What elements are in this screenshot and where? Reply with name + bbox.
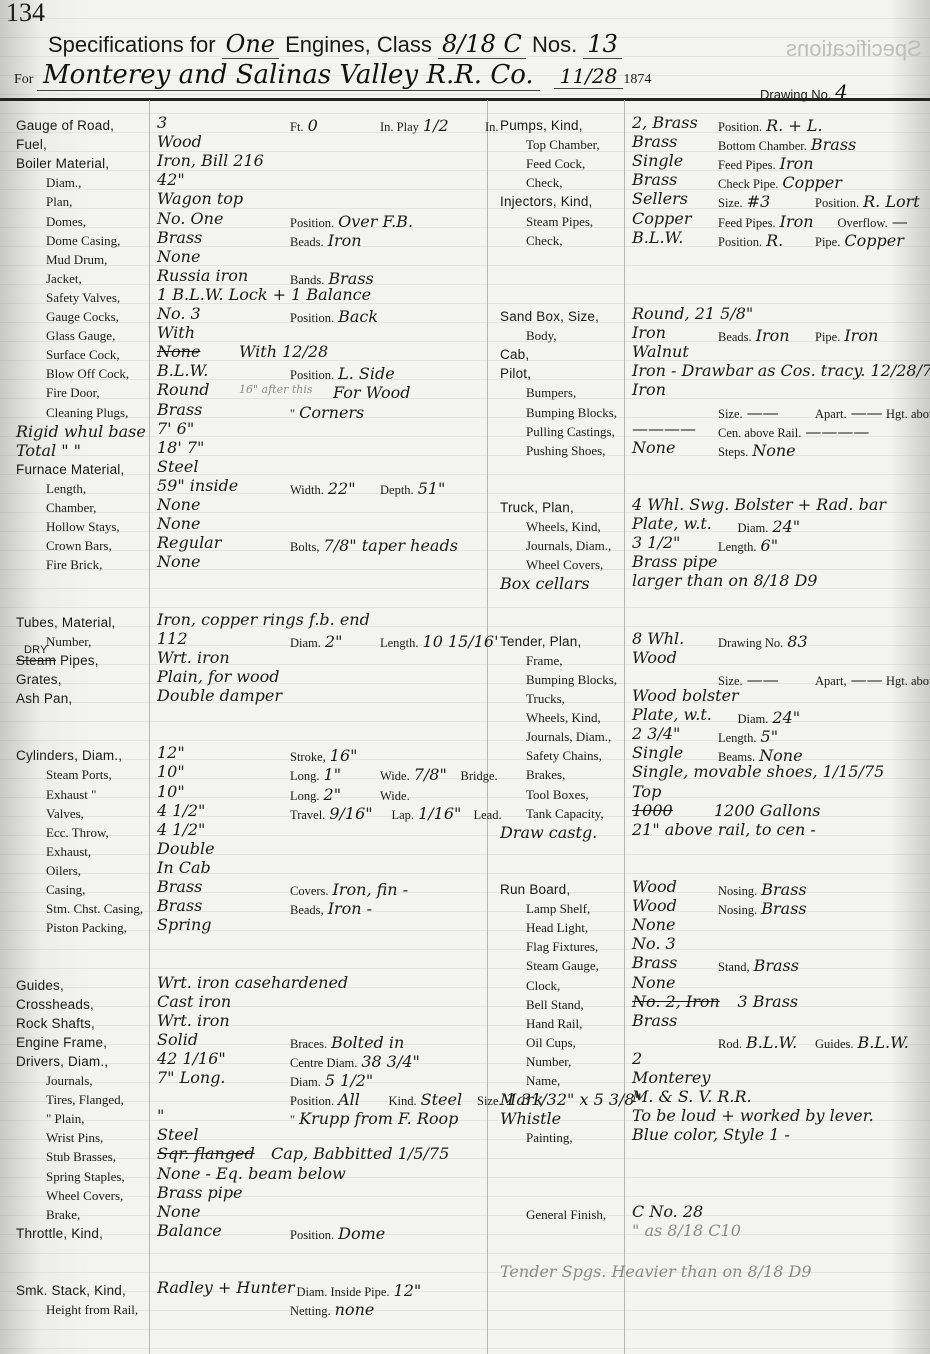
spec-label: Bell Stand, <box>526 996 584 1014</box>
sub-value: 5" <box>761 727 779 746</box>
spec-sub-diam-inside-pipe: Diam. Inside Pipe.12" <box>297 1282 422 1301</box>
sub-value: Copper <box>782 173 841 192</box>
spec-row-blank <box>0 270 930 288</box>
spec-row-journals-diam: Journals, Diam.,2 3/4"Length.5" <box>0 728 930 746</box>
spec-label: Tender Spgs. Heavier than on 8/18 D9 <box>500 1263 812 1281</box>
title-prefix: Specifications for <box>48 32 216 57</box>
spec-row-height-from-rail: Height from Rail,Netting.none <box>0 1301 930 1319</box>
spec-row-head-light: Head Light,None <box>0 919 930 937</box>
spec-sub-hgt-above-rail: Hgt. above Rail.—— <box>886 671 930 690</box>
spec-label: Frame, <box>526 652 562 670</box>
sub-label: Rod. <box>718 1037 742 1051</box>
spec-note: 1200 Gallons <box>714 802 821 820</box>
spec-label: Lamp Shelf, <box>526 900 590 918</box>
spec-note: 3 Brass <box>738 993 799 1011</box>
spec-row-tender-plan: Tender, Plan,8 Whl.Drawing No.83 <box>0 633 930 651</box>
spec-row-truck-plan: Truck, Plan,4 Whl. Swg. Bolster + Rad. b… <box>0 499 930 517</box>
spec-label: Head Light, <box>526 919 588 937</box>
spec-value: Iron - Drawbar as Cos. tracy. 12/28/74 <box>632 362 930 380</box>
spec-row-pushing-shoes: Pushing Shoes,NoneSteps.None <box>0 442 930 460</box>
spec-row-blank <box>0 595 930 613</box>
spec-sub-length: Length.5" <box>718 728 778 747</box>
sub-value: Brass <box>761 899 806 918</box>
spec-value: 3 1/2" <box>632 534 680 552</box>
sub-value: 24" <box>772 708 800 727</box>
spec-value: Brass <box>632 1012 677 1030</box>
spec-value: larger than on 8/18 D9 <box>632 572 817 590</box>
spec-value: Radley + Hunter <box>157 1279 295 1297</box>
sub-label: Guides. <box>815 1037 854 1051</box>
spec-label: Run Board, <box>500 881 570 899</box>
title-engines: Engines, Class <box>285 32 432 57</box>
sub-value: Iron <box>780 154 814 173</box>
sub-value: Iron <box>780 212 814 231</box>
spec-value: 8 Whl. <box>632 630 684 648</box>
spec-sub-size: Size.#3 <box>718 193 770 212</box>
spec-row-blank <box>0 289 930 307</box>
spec-sub-position: Position.R. <box>718 232 783 251</box>
sub-label: Steps. <box>718 445 748 459</box>
spec-label: Feed Cock, <box>526 155 585 173</box>
sub-value: —— <box>747 403 779 422</box>
sub-label: Hgt. above Rail. <box>886 674 930 688</box>
spec-label: Pumps, Kind, <box>500 117 583 135</box>
sub-value: Iron <box>756 326 790 345</box>
sub-value: 83 <box>787 632 807 651</box>
spec-row-frame: Frame,Wood <box>0 652 930 670</box>
spec-row-oil-cups: Oil Cups,Rod.B.L.W.Guides.B.L.W. <box>0 1034 930 1052</box>
spec-sub-pipe: Pipe.Copper <box>815 232 904 251</box>
sub-label: Pipe. <box>815 235 840 249</box>
spec-value: Single, movable shoes, 1/15/75 <box>632 763 884 781</box>
sub-label: Overflow. <box>838 216 888 230</box>
spec-row-painting: Painting,Blue color, Style 1 - <box>0 1129 930 1147</box>
spec-value: Wood bolster <box>632 687 739 705</box>
spec-label: Trucks, <box>526 690 565 708</box>
sheet-title: Specifications for One Engines, Class 8/… <box>48 30 622 58</box>
spec-label: Name, <box>526 1072 560 1090</box>
spec-row-sand-box-size: Sand Box, Size,Round, 21 5/8" <box>0 308 930 326</box>
spec-sub-rod: Rod.B.L.W. <box>718 1034 797 1053</box>
spec-sub-diam: Diam.24" <box>738 709 801 728</box>
spec-sub-apart: Apart.—— <box>815 404 883 423</box>
spec-row-check: Check,BrassCheck Pipe.Copper <box>0 174 930 192</box>
engine-nos: 13 <box>583 30 622 59</box>
spec-label: Wheel Covers, <box>526 556 603 574</box>
sub-value: 6" <box>761 536 779 555</box>
spec-value: Wood <box>632 649 677 667</box>
header-rule <box>0 98 930 101</box>
spec-value: Copper <box>632 210 691 228</box>
spec-sub-position: Position.R. Lort <box>815 193 920 212</box>
spec-row-wheels-kind: Wheels, Kind,Plate, w.t.Diam.24" <box>0 709 930 727</box>
spec-value: No. 2, Iron <box>632 993 720 1011</box>
sub-label: Netting. <box>290 1304 331 1318</box>
sub-label: Hgt. above Rail. <box>886 407 930 421</box>
sub-label: Cen. above Rail. <box>718 426 801 440</box>
sub-value: B.L.W. <box>746 1033 797 1052</box>
spec-sub-size: Size.—— <box>718 404 779 423</box>
sub-value: —— <box>851 670 883 689</box>
spec-row-blank <box>0 843 930 861</box>
sub-value: None <box>752 441 795 460</box>
sub-value: Iron <box>844 326 878 345</box>
spec-row-tender-spgs-heavier-than-on-8-18-d9: Tender Spgs. Heavier than on 8/18 D9 <box>0 1263 930 1281</box>
spec-row-number: Number,2 <box>0 1053 930 1071</box>
spec-value: C No. 28 <box>632 1203 703 1221</box>
spec-value: ———— <box>632 420 696 438</box>
order-date: 11/28 <box>554 64 624 89</box>
spec-row-steam-gauge: Steam Gauge,BrassStand,Brass <box>0 957 930 975</box>
spec-value: Plate, w.t. <box>632 515 712 533</box>
spec-row-blank <box>0 862 930 880</box>
spec-label: Flag Fixtures, <box>526 938 598 956</box>
spec-row-box-cellars: Box cellarslarger than on 8/18 D9 <box>0 575 930 593</box>
sub-value: —— <box>851 403 883 422</box>
sub-label: Nosing. <box>718 903 757 917</box>
spec-label: Check, <box>526 174 562 192</box>
page-number: 134 <box>6 0 45 28</box>
spec-label: Body, <box>526 327 557 345</box>
bleed-through-text: Specifications <box>786 36 922 62</box>
engine-class: 8/18 C <box>438 30 526 59</box>
spec-value: No. 3 <box>632 935 676 953</box>
spec-label: Box cellars <box>500 575 590 593</box>
spec-label: Tool Boxes, <box>526 786 589 804</box>
railroad-name: Monterey and Salinas Valley R.R. Co. <box>37 60 540 91</box>
spec-label: Hand Rail, <box>526 1015 582 1033</box>
spec-label: Clock, <box>526 977 560 995</box>
spec-row-flag-fixtures: Flag Fixtures,No. 3 <box>0 938 930 956</box>
spec-value: Brass <box>632 133 677 151</box>
spec-row-blank <box>0 1148 930 1166</box>
spec-sub-hgt-above-rail: Hgt. above Rail.— <box>886 404 930 423</box>
spec-row-run-board: Run Board,WoodNosing.Brass <box>0 881 930 899</box>
spec-row-blank <box>0 614 930 632</box>
spec-row-lamp-shelf: Lamp Shelf,WoodNosing.Brass <box>0 900 930 918</box>
spec-label: Cab, <box>500 346 529 364</box>
spec-label: Tender, Plan, <box>500 633 581 651</box>
spec-row-pulling-castings: Pulling Castings,————Cen. above Rail.———… <box>0 423 930 441</box>
spec-value: Brass <box>632 171 677 189</box>
sub-label: Drawing No. <box>718 636 783 650</box>
spec-row-blank <box>0 461 930 479</box>
spec-value: Brass <box>632 954 677 972</box>
sub-label: Length. <box>718 540 757 554</box>
spec-sub-cen-above-rail: Cen. above Rail.———— <box>718 423 869 442</box>
sub-label: Position. <box>718 235 762 249</box>
spec-row-pumps-kind: Pumps, Kind,2, BrassPosition.R. + L. <box>0 117 930 135</box>
spec-label: Journals, Diam., <box>526 537 611 555</box>
sub-label: Feed Pipes. <box>718 216 776 230</box>
spec-label: Pilot, <box>500 365 531 383</box>
sub-label: Apart. <box>815 407 847 421</box>
sub-value: 12" <box>394 1281 422 1300</box>
sub-value: —— <box>747 670 779 689</box>
sub-value: Copper <box>844 231 903 250</box>
spec-label: Wheels, Kind, <box>526 518 601 536</box>
spec-row-bumping-blocks: Bumping Blocks,Size.——Apart.——Hgt. above… <box>0 404 930 422</box>
spec-label: Safety Chains, <box>526 747 602 765</box>
sub-value: ———— <box>805 422 869 441</box>
spec-label: Pushing Shoes, <box>526 442 605 460</box>
sub-label: Diam. <box>738 712 769 726</box>
spec-row-blank <box>0 1168 930 1186</box>
sub-label: Stand, <box>718 960 750 974</box>
spec-row-bumpers: Bumpers,Iron <box>0 384 930 402</box>
spec-sub-beads: Beads.Iron <box>718 327 790 346</box>
spec-sub-feed-pipes: Feed Pipes.Iron <box>718 155 814 174</box>
order-year: 1874 <box>623 72 651 87</box>
spec-label: Check, <box>526 232 562 250</box>
spec-value: Top <box>632 783 661 801</box>
spec-sub-nosing: Nosing.Brass <box>718 900 807 919</box>
spec-row-general-finish: General Finish,C No. 28 <box>0 1206 930 1224</box>
spec-value: Sellers <box>632 190 688 208</box>
spec-value: M. & S. V. R.R. <box>632 1088 752 1106</box>
spec-row-brakes: Brakes,Single, movable shoes, 1/15/75 <box>0 766 930 784</box>
spec-sub-stand: Stand,Brass <box>718 957 799 976</box>
spec-label: Wheels, Kind, <box>526 709 601 727</box>
sub-value: Brass <box>811 135 856 154</box>
spec-row-blank <box>0 251 930 269</box>
spec-row-smk-stack-kind: Smk. Stack, Kind,Radley + HunterDiam. In… <box>0 1282 930 1300</box>
spec-value: None <box>632 439 675 457</box>
spec-value: 4 Whl. Swg. Bolster + Rad. bar <box>632 496 886 514</box>
spec-row-blank <box>0 1244 930 1262</box>
sub-label: Nosing. <box>718 884 757 898</box>
sub-value: R. <box>766 231 783 250</box>
spec-sub-feed-pipes: Feed Pipes.Iron <box>718 213 814 232</box>
spec-row-top-chamber: Top Chamber,BrassBottom Chamber.Brass <box>0 136 930 154</box>
spec-label: Bumping Blocks, <box>526 404 617 422</box>
sub-label: Bottom Chamber. <box>718 139 807 153</box>
spec-sub-nosing: Nosing.Brass <box>718 881 807 900</box>
spec-sub-length: Length.6" <box>718 537 778 556</box>
spec-label: Bumpers, <box>526 384 576 402</box>
spec-label: Oil Cups, <box>526 1034 576 1052</box>
sub-value: none <box>335 1300 375 1319</box>
spec-label: Bumping Blocks, <box>526 671 617 689</box>
sub-value: Brass <box>754 956 799 975</box>
spec-value: To be loud + worked by lever. <box>632 1107 874 1125</box>
spec-sub-bottom-chamber: Bottom Chamber.Brass <box>718 136 856 155</box>
spec-sub-netting: Netting.none <box>290 1301 374 1320</box>
sub-label: Pipe. <box>815 330 840 344</box>
sub-label: Position. <box>815 196 859 210</box>
spec-sub-overflow: Overflow.— <box>838 213 908 232</box>
spec-sub-diam: Diam.24" <box>738 518 801 537</box>
sub-label: Check Pipe. <box>718 177 778 191</box>
sub-label: Size. <box>718 407 743 421</box>
spec-row-bell-stand: Bell Stand,No. 2, Iron3 Brass <box>0 996 930 1014</box>
spec-label: Steam Pipes, <box>526 213 593 231</box>
for-label: For <box>14 72 33 87</box>
spec-row-body: Body,IronBeads.IronPipe.Iron <box>0 327 930 345</box>
spec-value: B.L.W. <box>632 229 683 247</box>
spec-row-check: Check,B.L.W.Position.R.Pipe.Copper <box>0 232 930 250</box>
spec-value: Monterey <box>632 1069 710 1087</box>
spec-sub-guides: Guides.B.L.W. <box>815 1034 909 1053</box>
sub-value: B.L.W. <box>858 1033 909 1052</box>
spec-label: Steam Gauge, <box>526 957 599 975</box>
spec-value: Iron <box>632 324 666 342</box>
spec-label: Painting, <box>526 1129 573 1147</box>
spec-label: Mark <box>500 1091 543 1109</box>
spec-label: Truck, Plan, <box>500 499 574 517</box>
spec-value: Single <box>632 152 683 170</box>
spec-sub-steps: Steps.None <box>718 442 796 461</box>
spec-value: 2 <box>632 1050 642 1068</box>
spec-value: Wood <box>632 897 677 915</box>
spec-row-injectors-kind: Injectors, Kind,SellersSize.#3Position.R… <box>0 193 930 211</box>
nos-label: Nos. <box>532 32 577 57</box>
spec-row-name: Name,Monterey <box>0 1072 930 1090</box>
spec-row-journals-diam: Journals, Diam.,3 1/2"Length.6" <box>0 537 930 555</box>
spec-row-feed-cock: Feed Cock,SingleFeed Pipes.Iron <box>0 155 930 173</box>
sub-value: #3 <box>747 192 771 211</box>
spec-row-draw-castg: Draw castg.21" above rail, to cen - <box>0 824 930 842</box>
spec-row-steam-pipes: Steam Pipes,CopperFeed Pipes.IronOverflo… <box>0 213 930 231</box>
spec-label: Tank Capacity, <box>526 805 604 823</box>
spec-label: Injectors, Kind, <box>500 193 593 211</box>
spec-value: Round, 21 5/8" <box>632 305 753 323</box>
spec-value: Plate, w.t. <box>632 706 712 724</box>
spec-label: Journals, Diam., <box>526 728 611 746</box>
spec-value: 21" above rail, to cen - <box>632 821 816 839</box>
spec-label: Height from Rail, <box>46 1301 138 1319</box>
spec-value: Brass pipe <box>632 553 718 571</box>
spec-row-blank: " as 8/18 C10 <box>0 1225 930 1243</box>
spec-label: Top Chamber, <box>526 136 600 154</box>
sub-label: Position. <box>718 120 762 134</box>
spec-sheet-page: 134 Specifications Specifications for On… <box>0 0 930 1354</box>
spec-label: Smk. Stack, Kind, <box>16 1282 126 1300</box>
spec-value: Wood <box>632 878 677 896</box>
spec-value: Blue color, Style 1 - <box>632 1126 790 1144</box>
spec-sub-position: Position.R. + L. <box>718 117 823 136</box>
sub-label: Diam. Inside Pipe. <box>297 1285 390 1299</box>
spec-label: Number, <box>526 1053 571 1071</box>
spec-sub-check-pipe: Check Pipe.Copper <box>718 174 842 193</box>
spec-value: Single <box>632 744 683 762</box>
sub-label: Size. <box>718 196 743 210</box>
spec-label: Whistle <box>500 1110 561 1128</box>
sub-label: Length. <box>718 731 757 745</box>
spec-value: None <box>632 916 675 934</box>
for-line: For Monterey and Salinas Valley R.R. Co.… <box>14 60 651 90</box>
spec-sub-apart: Apart,—— <box>815 671 883 690</box>
engines-count: One <box>222 30 279 59</box>
sub-value: 24" <box>772 517 800 536</box>
spec-row-hand-rail: Hand Rail,Brass <box>0 1015 930 1033</box>
spec-row-bumping-blocks: Bumping Blocks,Size.——Apart,——Hgt. above… <box>0 671 930 689</box>
spec-value: None <box>632 974 675 992</box>
spec-value: 1000 <box>632 802 673 820</box>
spec-row-pilot: Pilot,Iron - Drawbar as Cos. tracy. 12/2… <box>0 365 930 383</box>
sub-label: Apart, <box>815 674 847 688</box>
spec-value: 2 3/4" <box>632 725 680 743</box>
sub-value: Brass <box>761 880 806 899</box>
spec-sub-pipe: Pipe.Iron <box>815 327 878 346</box>
spec-row-blank <box>0 1187 930 1205</box>
spec-row-trucks: Trucks,Wood bolster <box>0 690 930 708</box>
spec-value: Walnut <box>632 343 689 361</box>
sub-value: R. Lort <box>863 192 920 211</box>
spec-label: Pulling Castings, <box>526 423 615 441</box>
spec-label: Draw castg. <box>500 824 597 842</box>
spec-value: 2, Brass <box>632 114 698 132</box>
spec-label: General Finish, <box>526 1206 606 1224</box>
sub-value: R. + L. <box>766 116 822 135</box>
sub-label: Feed Pipes. <box>718 158 776 172</box>
spec-label: Sand Box, Size, <box>500 308 599 326</box>
spec-sub-drawing-no: Drawing No.83 <box>718 633 808 652</box>
spec-row-whistle: WhistleTo be loud + worked by lever. <box>0 1110 930 1128</box>
spec-value: Iron <box>632 381 666 399</box>
sub-label: Beads. <box>718 330 752 344</box>
spec-label: Brakes, <box>526 766 565 784</box>
spec-row-wheels-kind: Wheels, Kind,Plate, w.t.Diam.24" <box>0 518 930 536</box>
sub-value: — <box>892 212 908 231</box>
spec-value: " as 8/18 C10 <box>632 1222 741 1240</box>
sub-label: Diam. <box>738 521 769 535</box>
